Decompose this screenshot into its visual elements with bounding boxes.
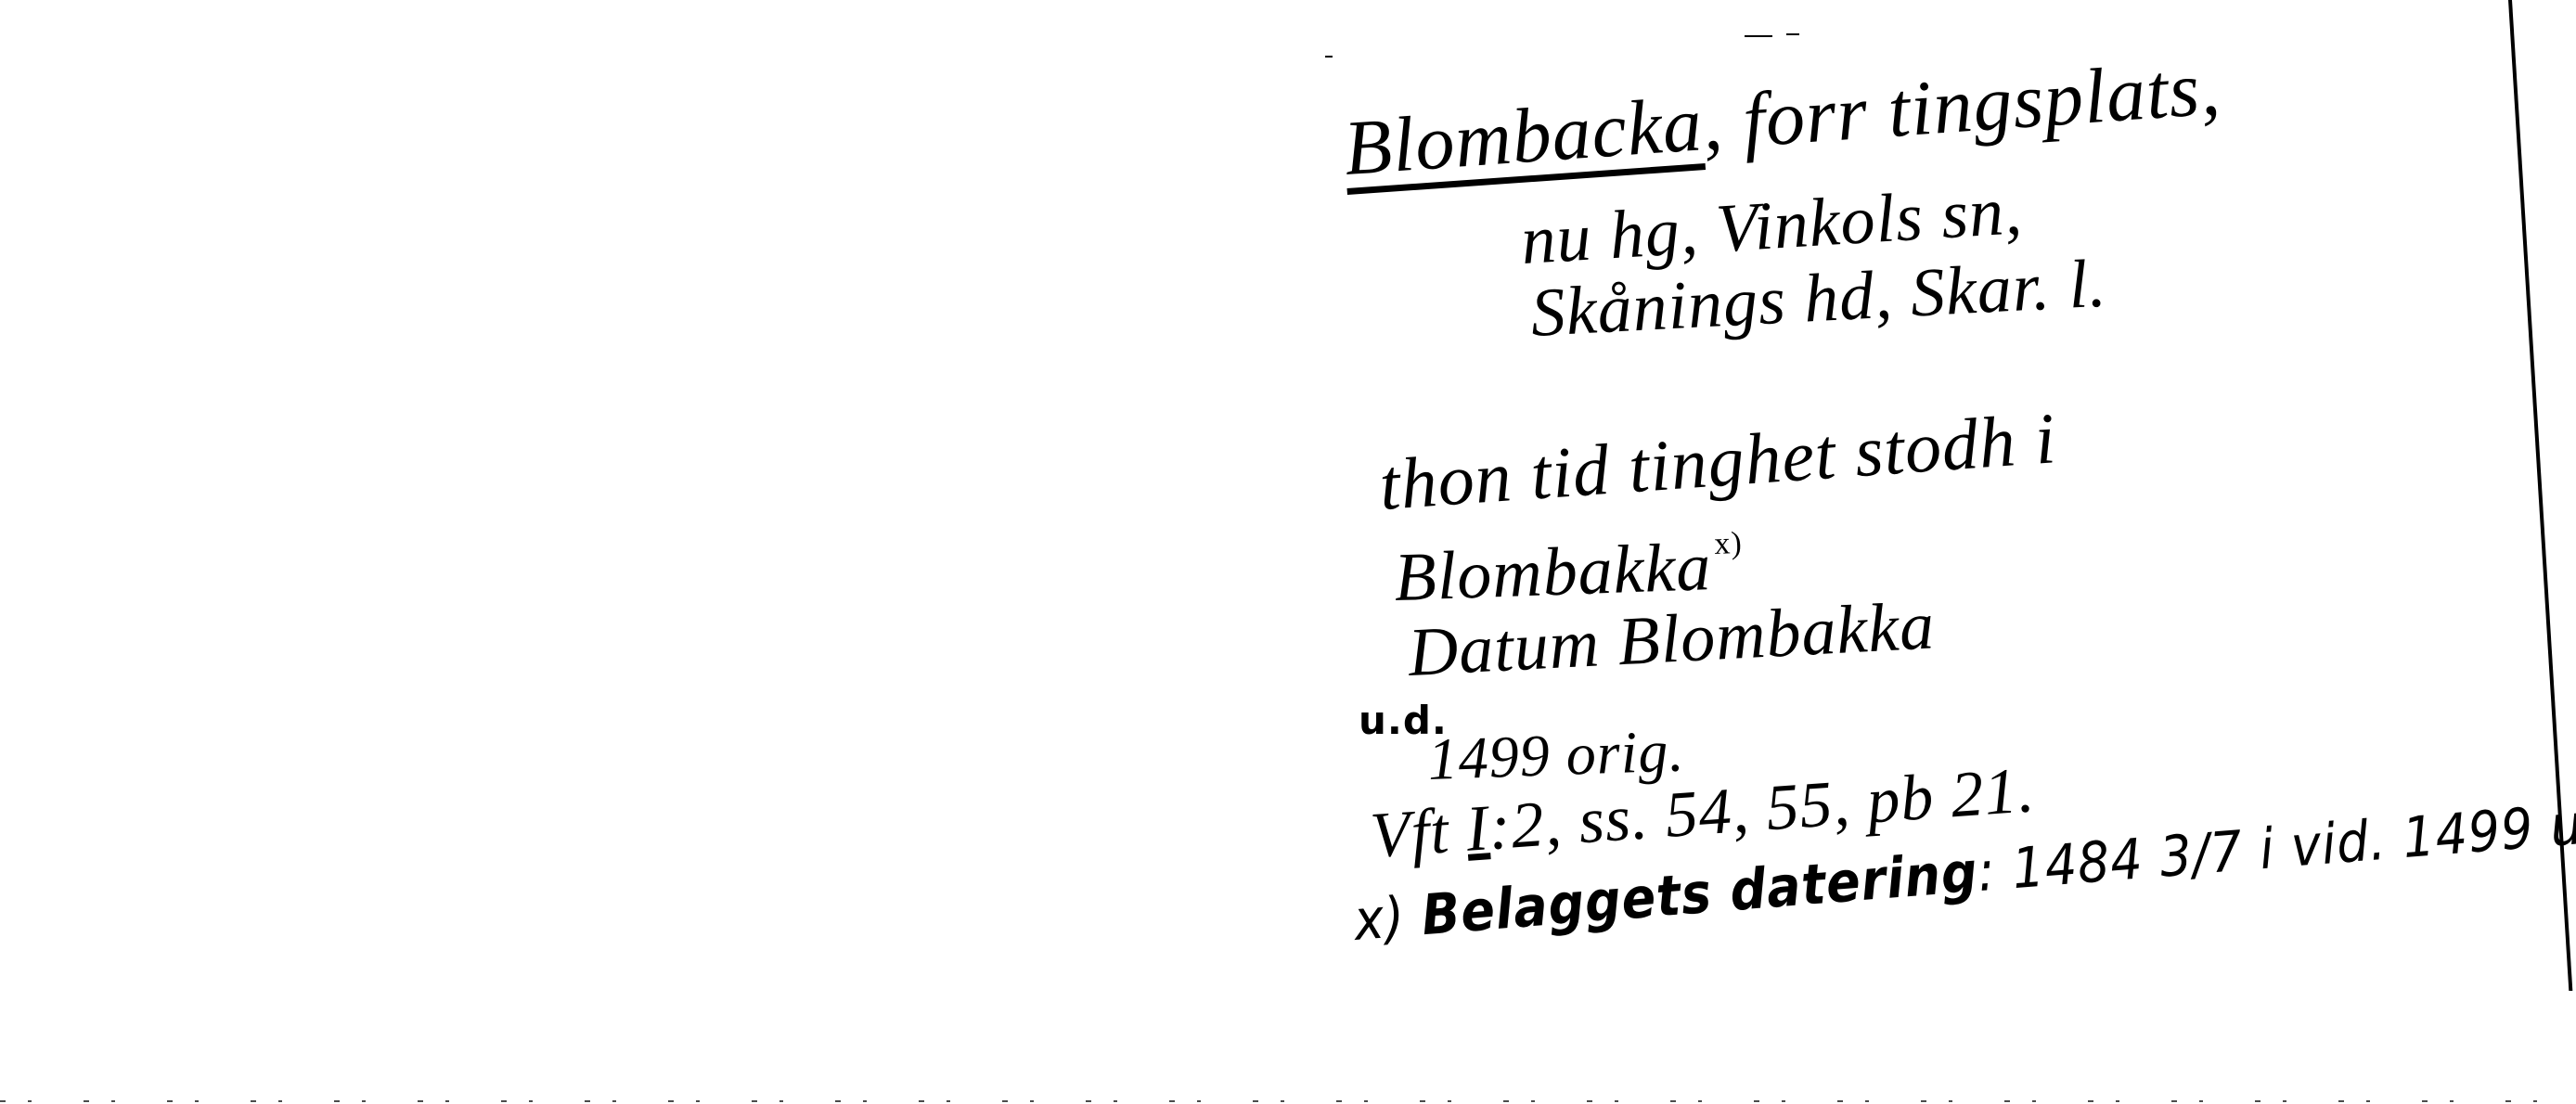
card-heading-line: Blombacka, forr tingsplats,: [1341, 43, 2223, 195]
scan-speck: [1786, 33, 1799, 35]
footnote-marker-bottom: x): [1352, 885, 1408, 954]
footnote-marker: x): [1714, 526, 1744, 561]
index-card: Blombacka, forr tingsplats, nu hg, Vinko…: [0, 0, 2576, 1104]
quote-line-1: thon tid tinghet stodh i: [1377, 396, 2059, 527]
source-prefix: Vft: [1368, 794, 1468, 872]
scan-speck: [1325, 56, 1333, 58]
footnote-text: : 1484 3/7 i vid. 1499 u.d.: [1976, 787, 2576, 905]
scan-bottom-noise: [0, 1100, 2576, 1102]
headword: Blombacka: [1342, 87, 1706, 195]
scan-speck: [1745, 35, 1772, 37]
heading-description: , forr tingsplats,: [1699, 45, 2223, 167]
